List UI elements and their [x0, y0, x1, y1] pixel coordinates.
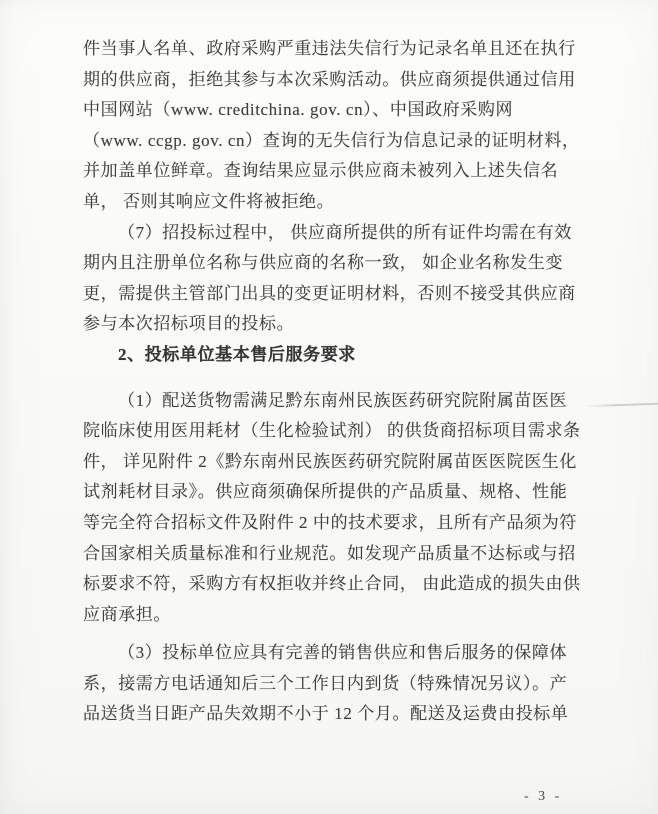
body-text-line: 中国网站（www. creditchina. gov. cn）、中国政府采购网	[83, 95, 583, 126]
body-text-line: 院临床使用医用耗材（生化检验试剂） 的供货商招标项目需求条	[83, 416, 583, 447]
page-number: - 3 -	[524, 789, 562, 805]
scan-artifact-line	[584, 403, 658, 408]
body-text-line: （3）投标单位应具有完善的销售供应和售后服务的保障体	[83, 638, 583, 669]
body-text-line: 标要求不符，采购方有权拒收并终止合同， 由此造成的损失由供	[83, 569, 583, 600]
body-text-line: 件当事人名单、政府采购严重违法失信行为记录名单且还在执行	[83, 34, 583, 65]
body-text-line: 并加盖单位鲜章。查询结果应显示供应商未被列入上述失信名	[83, 156, 583, 187]
document-body: 件当事人名单、政府采购严重违法失信行为记录名单且还在执行 期的供应商，拒绝其参与…	[83, 34, 583, 730]
body-text-line: 期内且注册单位名称与供应商的名称一致， 如企业名称发生变	[83, 248, 583, 279]
body-text-line: 系，接需方电话通知后三个工作日内到货（特殊情况另议）。产	[83, 669, 583, 700]
body-text-line: （www. ccgp. gov. cn）查询的无失信行为信息记录的证明材料，	[83, 126, 583, 157]
section-heading: 2、投标单位基本售后服务要求	[83, 340, 583, 371]
body-text-line: 参与本次招标项目的投标。	[83, 309, 583, 340]
body-text-line: 件， 详见附件 2《黔东南州民族医药研究院附属苗医医院医生化	[83, 447, 583, 478]
body-text-line: 试剂耗材目录》。供应商须确保所提供的产品质量、规格、性能	[83, 477, 583, 508]
body-text-line: （1）配送货物需满足黔东南州民族医药研究院附属苗医医	[83, 386, 583, 417]
scanned-document-page: 件当事人名单、政府采购严重违法失信行为记录名单且还在执行 期的供应商，拒绝其参与…	[0, 0, 658, 814]
body-text-line: 单， 否则其响应文件将被拒绝。	[83, 187, 583, 218]
body-text-line: （7）招投标过程中， 供应商所提供的所有证件均需在有效	[83, 218, 583, 249]
body-text-line: 品送货当日距产品失效期不小于 12 个月。配送及运费由投标单	[83, 699, 583, 730]
body-text-line: 等完全符合招标文件及附件 2 中的技术要求，且所有产品须为符	[83, 508, 583, 539]
body-text-line: 应商承担。	[83, 600, 583, 631]
body-text-line: 期的供应商，拒绝其参与本次采购活动。供应商须提供通过信用	[83, 65, 583, 96]
body-text-line: 合国家相关质量标准和行业规范。如发现产品质量不达标或与招	[83, 539, 583, 570]
body-text-line: 更，需提供主管部门出具的变更证明材料，否则不接受其供应商	[83, 279, 583, 310]
